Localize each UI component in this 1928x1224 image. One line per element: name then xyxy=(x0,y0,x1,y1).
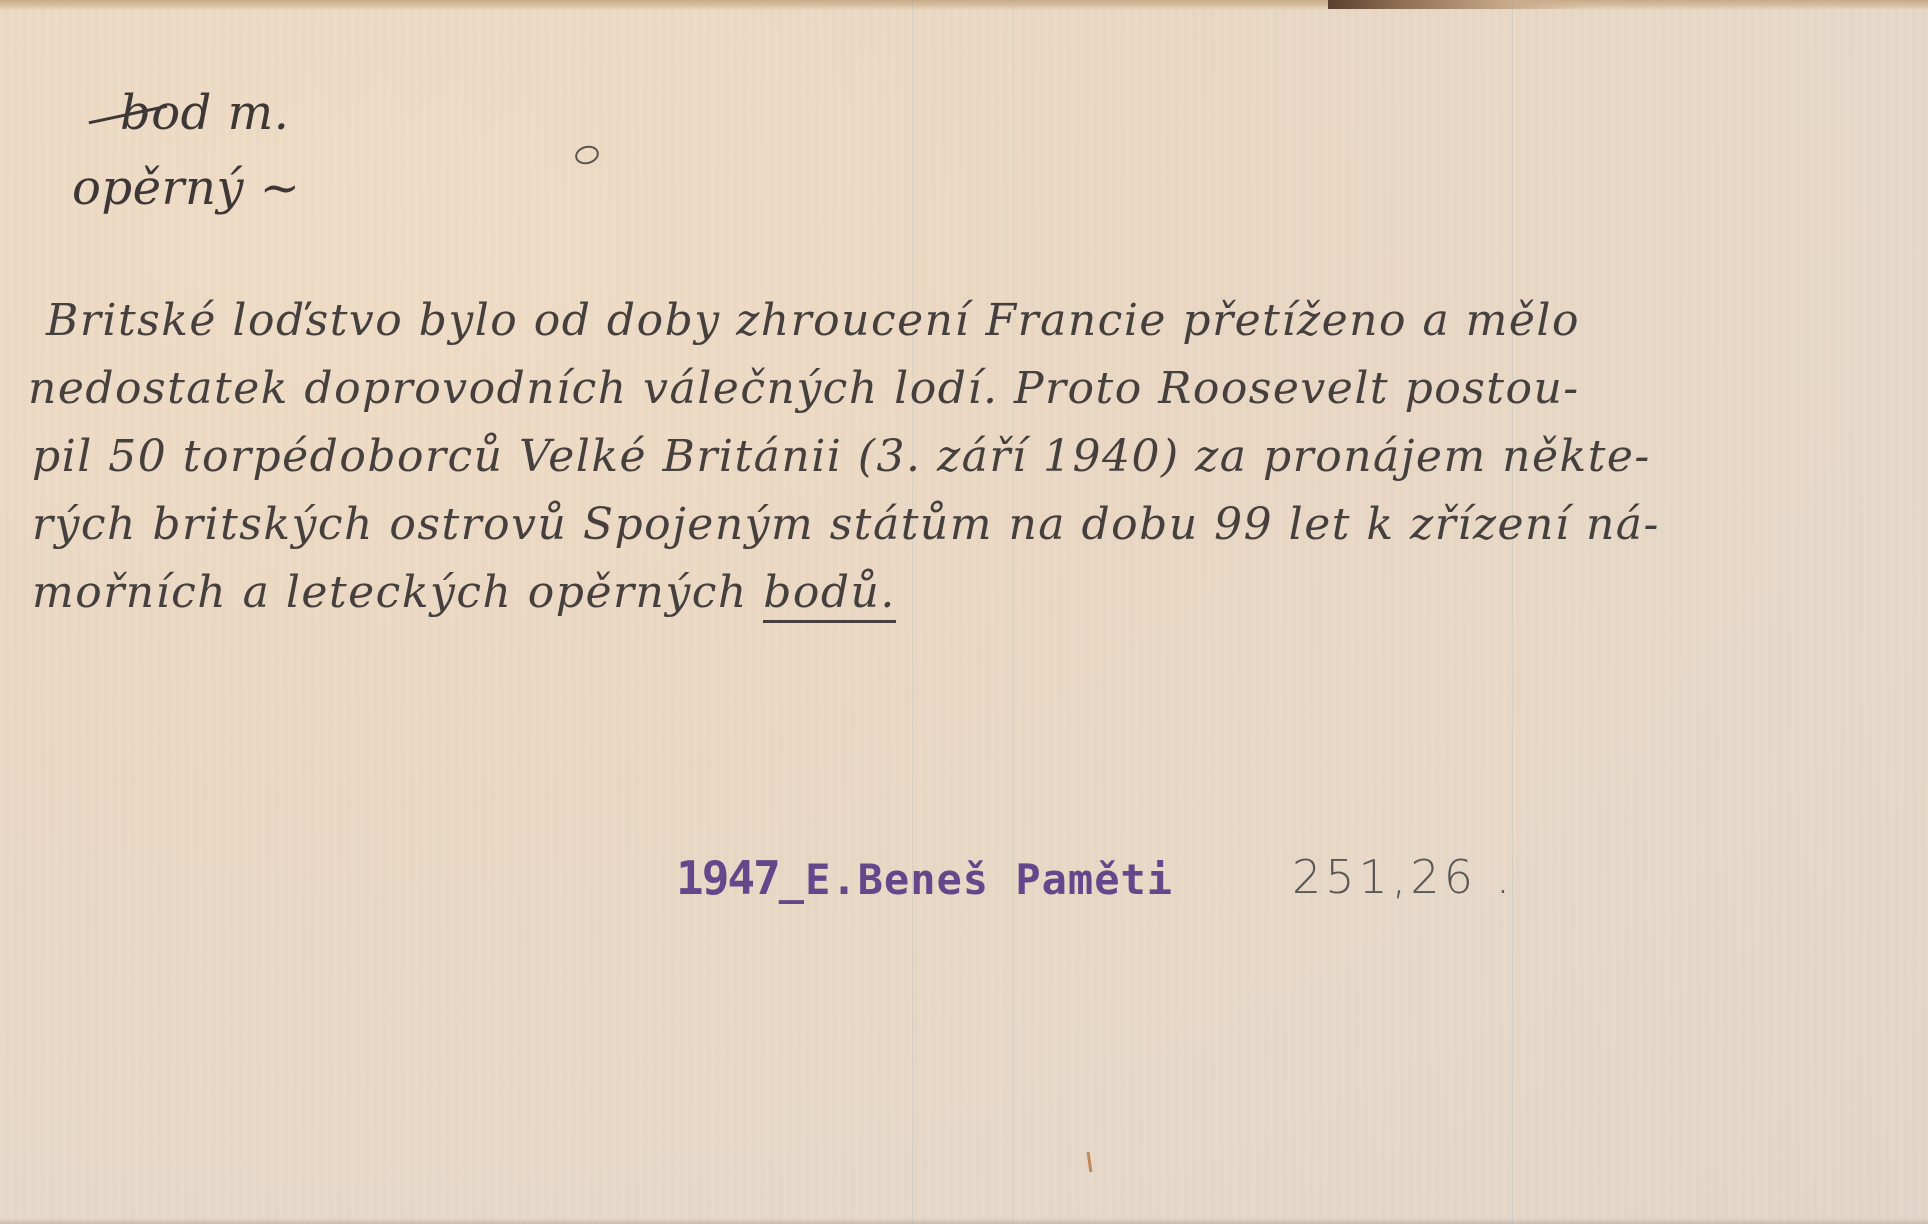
card-top-shadow xyxy=(1328,0,1588,9)
handwritten-body: Britské loďstvo bylo od doby zhroucení F… xyxy=(28,295,1908,635)
heading-term-text: bod m. xyxy=(120,85,289,141)
body-line: pil 50 torpédoborců Velké Británii (3. z… xyxy=(32,431,1912,499)
underlined-term: bodů. xyxy=(763,567,896,623)
heading-term: bod m. xyxy=(120,85,289,141)
heading-phrase: opěrný ~ xyxy=(72,160,300,216)
circle-mark-icon xyxy=(573,143,601,167)
source-stamp: 1947_E.Beneš Paměti xyxy=(676,851,1173,905)
card-bottom-edge xyxy=(0,1218,1928,1224)
paper-speck xyxy=(1087,1152,1093,1172)
stamp-source: _E.Beneš Paměti xyxy=(779,855,1173,904)
body-line: Britské loďstvo bylo od doby zhroucení F… xyxy=(46,295,1926,363)
page-reference: 251,26 . xyxy=(1292,850,1514,904)
card-top-edge xyxy=(0,0,1928,10)
index-card: bod m. opěrný ~ Britské loďstvo bylo od … xyxy=(0,0,1928,1224)
heading-phrase-text: opěrný ~ xyxy=(72,160,300,216)
body-line-text: mořních a leteckých opěrných xyxy=(32,567,763,618)
stamp-year: 1947 xyxy=(676,851,779,905)
body-line: mořních a leteckých opěrných bodů. xyxy=(32,567,1912,635)
body-line: rých britských ostrovů Spojeným státům n… xyxy=(32,499,1912,567)
body-line: nedostatek doprovodních válečných lodí. … xyxy=(28,363,1908,431)
